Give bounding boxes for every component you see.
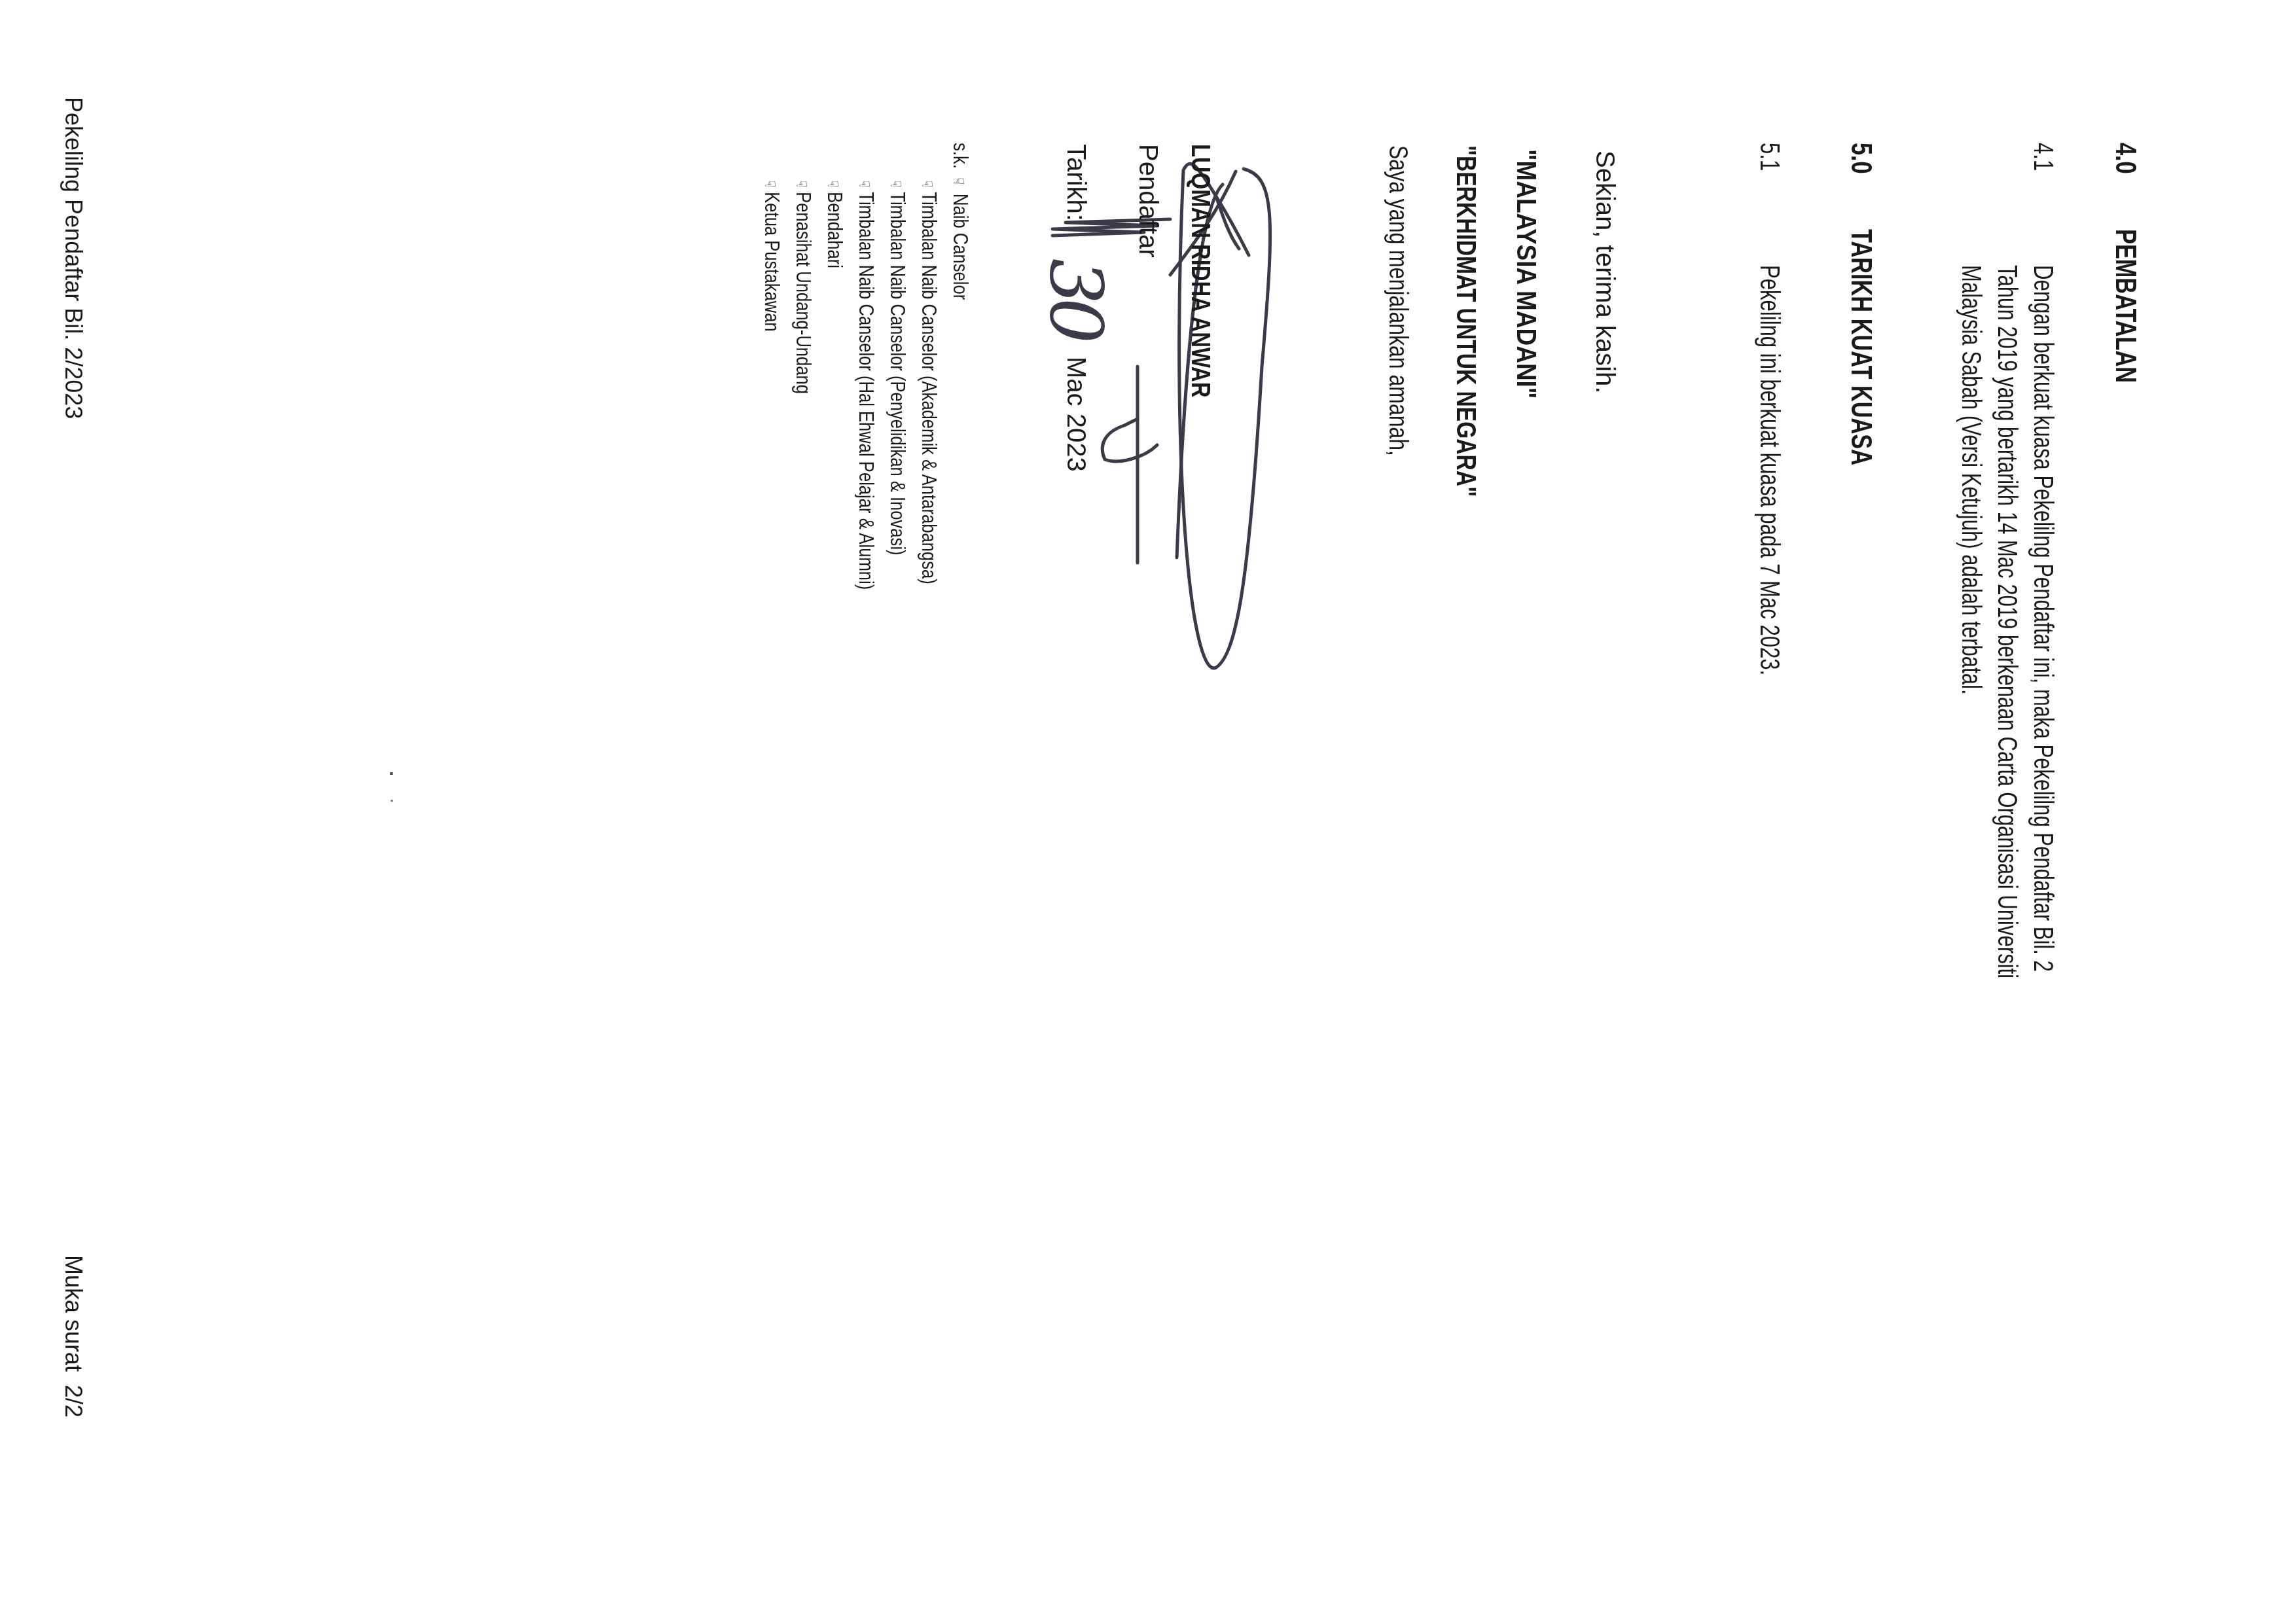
- pointing-hand-down-icon: ☟: [912, 176, 942, 192]
- pointing-hand-down-icon: ☟: [755, 176, 785, 192]
- pointing-hand-down-icon: ☟: [787, 176, 816, 192]
- document-page: 4.0 PEMBATALAN 4.1 Dengan berkuat kuasa …: [0, 0, 2296, 1623]
- signatory-title: Pendaftar: [1133, 144, 1162, 257]
- date-label: Tarikh:: [1061, 144, 1090, 221]
- cc-block: s.k. ☟ Naib Canselor ☟Timbalan Naib Cans…: [755, 143, 975, 590]
- date-handwritten-day: 30: [1034, 259, 1118, 337]
- signatory-name: LUQMAN RIDHA ANWAR: [1185, 144, 1215, 397]
- pointing-hand-down-icon: ☟: [818, 176, 848, 192]
- cc-item: Timbalan Naib Canselor (Hal Ehwal Pelaja…: [855, 192, 878, 590]
- cc-label: s.k.: [949, 143, 973, 169]
- footer-page-number: Muka surat 2/2: [60, 1255, 87, 1418]
- footer-circular-reference: Pekelilng Pendaftar Bil. 2/2023: [60, 97, 87, 419]
- date-month-year: Mac 2023: [1061, 357, 1090, 472]
- cc-item: Timbalan Naib Canselor (Penyelidikan & I…: [886, 192, 910, 555]
- pointing-hand-down-icon: ☟: [944, 173, 973, 189]
- cc-item: Timbalan Naib Canselor (Akademik & Antar…: [918, 192, 941, 584]
- scan-speck: [391, 800, 393, 802]
- cc-item: Naib Canselor: [949, 194, 973, 300]
- cc-item: Penasihat Undang-Undang: [792, 192, 816, 394]
- scan-speck: [390, 772, 393, 775]
- pointing-hand-down-icon: ☟: [881, 176, 910, 192]
- cc-item: Bendahari: [823, 192, 847, 268]
- pointing-hand-down-icon: ☟: [850, 176, 879, 192]
- cc-item: Ketua Pustakawan: [761, 192, 784, 331]
